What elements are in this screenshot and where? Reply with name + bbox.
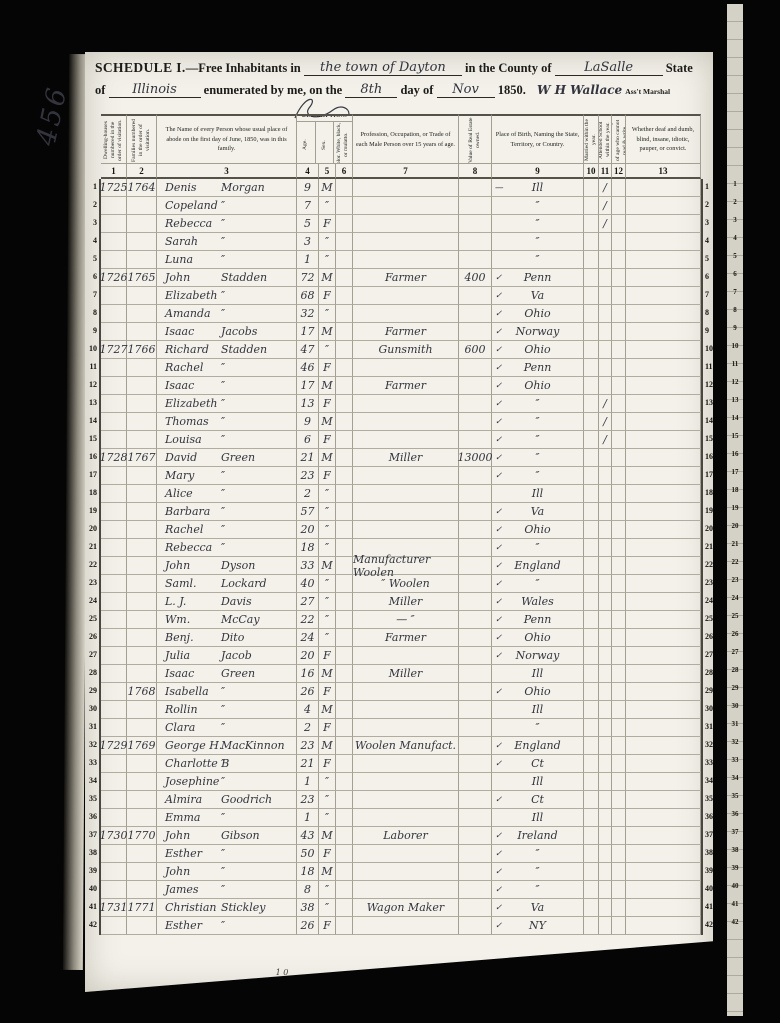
given-name: Thomas xyxy=(165,415,209,428)
col-header-married-label: Married within the year. xyxy=(584,117,598,163)
sex-cell: M xyxy=(319,449,336,467)
given-name: Almira xyxy=(165,793,202,806)
remarks-cell xyxy=(626,773,701,791)
given-name: Rebecca xyxy=(165,541,212,554)
row-number: 24 xyxy=(701,593,712,611)
married-mark-cell xyxy=(584,503,599,521)
occupation-cell xyxy=(353,305,459,323)
married-mark-cell xyxy=(584,611,599,629)
remarks-cell xyxy=(626,647,701,665)
school-mark-cell: / xyxy=(599,395,612,413)
birthplace-text: Ohio xyxy=(524,307,550,320)
tally-check-mark: ✓ xyxy=(495,363,502,373)
sex-cell: M xyxy=(319,737,336,755)
edge-row-number: 15 xyxy=(727,432,743,440)
dwelling-number-cell: 1727 xyxy=(101,341,127,359)
color-cell xyxy=(336,503,353,521)
married-mark-cell xyxy=(584,917,599,935)
age-cell: 16 xyxy=(297,665,319,683)
color-cell xyxy=(336,521,353,539)
dwelling-number-cell xyxy=(101,719,127,737)
surname: ″ xyxy=(221,847,225,860)
given-name: Emma xyxy=(165,811,200,824)
age-cell: 26 xyxy=(297,683,319,701)
row-number: 14 xyxy=(87,413,101,431)
occupation-cell xyxy=(353,413,459,431)
literacy-mark-cell xyxy=(612,287,626,305)
col-index: 10 xyxy=(584,164,599,179)
family-number-cell: 1771 xyxy=(127,899,157,917)
occupation-cell: Farmer xyxy=(353,323,459,341)
married-mark-cell xyxy=(584,287,599,305)
col-index: 13 xyxy=(626,164,701,179)
surname: ″ xyxy=(221,253,225,266)
birthplace-cell: ″ xyxy=(492,719,584,737)
given-name: Josephine xyxy=(165,775,219,788)
real-estate-value-cell xyxy=(459,665,492,683)
row-number: 17 xyxy=(701,467,712,485)
row-number: 2 xyxy=(87,197,101,215)
col-header-age-label: Age. xyxy=(302,122,309,164)
sex-cell: F xyxy=(319,647,336,665)
family-number-cell xyxy=(127,647,157,665)
birthplace-cell: ✓″ xyxy=(492,467,584,485)
dwelling-number-cell: 1725 xyxy=(101,179,127,197)
name-cell: Esther″ xyxy=(157,845,297,863)
occupation-cell xyxy=(353,287,459,305)
age-cell: 33 xyxy=(297,557,319,575)
dwelling-number-cell xyxy=(101,305,127,323)
row-number: 24 xyxy=(87,593,101,611)
occupation-cell xyxy=(353,647,459,665)
edge-row-number: 4 xyxy=(727,234,743,242)
row-number: 2 xyxy=(701,197,712,215)
name-cell: Mary″ xyxy=(157,467,297,485)
edge-row-number: 18 xyxy=(727,486,743,494)
birthplace-text: ″ xyxy=(535,451,539,464)
surname: ″ xyxy=(221,721,225,734)
dwelling-number-cell xyxy=(101,611,127,629)
edge-row-number: 19 xyxy=(727,504,743,512)
married-mark-cell xyxy=(584,179,599,197)
literacy-mark-cell xyxy=(612,341,626,359)
occupation-cell: Miller xyxy=(353,593,459,611)
surname: ″ xyxy=(221,217,225,230)
married-mark-cell xyxy=(584,773,599,791)
school-mark-cell xyxy=(599,845,612,863)
sex-cell: M xyxy=(319,269,336,287)
surname: ″ xyxy=(221,397,225,410)
color-cell xyxy=(336,593,353,611)
school-mark-cell xyxy=(599,269,612,287)
literacy-mark-cell xyxy=(612,647,626,665)
row-number: 32 xyxy=(701,737,712,755)
school-mark-cell xyxy=(599,467,612,485)
sex-cell: F xyxy=(319,845,336,863)
real-estate-value-cell xyxy=(459,413,492,431)
name-cell: JohnGibson xyxy=(157,827,297,845)
row-number: 36 xyxy=(87,809,101,827)
age-cell: 9 xyxy=(297,179,319,197)
edge-row-number: 13 xyxy=(727,396,743,404)
occupation-cell: Manufacturer Woolen xyxy=(353,557,459,575)
real-estate-value-cell xyxy=(459,575,492,593)
col-header-literacy-label: Persons over 20 y'rs of age who cannot r… xyxy=(612,117,626,163)
literacy-mark-cell xyxy=(612,611,626,629)
school-mark-cell xyxy=(599,773,612,791)
census-table: Dwelling-houses numbered in the order of… xyxy=(87,114,713,935)
birthplace-text: Penn xyxy=(524,361,552,374)
literacy-mark-cell xyxy=(612,449,626,467)
given-name: Copeland xyxy=(165,199,218,212)
edge-row-number: 38 xyxy=(727,846,743,854)
school-mark-cell xyxy=(599,755,612,773)
school-mark-cell xyxy=(599,647,612,665)
school-mark-cell xyxy=(599,593,612,611)
col-header-occupation: Profession, Occupation, or Trade of each… xyxy=(353,114,459,164)
sex-cell: ″ xyxy=(319,521,336,539)
remarks-cell xyxy=(626,323,701,341)
pencil-fraction: 1 0 2 9 xyxy=(273,968,291,987)
color-cell xyxy=(336,323,353,341)
col-header-sex-label: Sex. xyxy=(321,122,328,164)
real-estate-value-cell xyxy=(459,179,492,197)
married-mark-cell xyxy=(584,341,599,359)
birthplace-cell: ✓″ xyxy=(492,575,584,593)
row-number: 17 xyxy=(87,467,101,485)
description-title: DESCRIPTION. xyxy=(297,114,352,122)
married-mark-cell xyxy=(584,521,599,539)
married-mark-cell xyxy=(584,647,599,665)
row-number: 9 xyxy=(87,323,101,341)
heading-line-2: of Illinois enumerated by me, on the 8th… xyxy=(95,82,705,98)
birthplace-text: England xyxy=(514,739,560,752)
dwelling-number-cell xyxy=(101,593,127,611)
row-number: 5 xyxy=(87,251,101,269)
age-cell: 17 xyxy=(297,323,319,341)
pencil-mark-stroke: / xyxy=(766,955,775,974)
birthplace-text: ″ xyxy=(535,397,539,410)
school-mark-cell xyxy=(599,737,612,755)
surname: Dito xyxy=(221,631,244,644)
tally-check-mark: ✓ xyxy=(495,453,502,463)
given-name: Elizabeth xyxy=(165,289,217,302)
row-number: 13 xyxy=(701,395,712,413)
row-number: 4 xyxy=(701,233,712,251)
birthplace-text: Ill xyxy=(532,667,543,680)
real-estate-value-cell xyxy=(459,611,492,629)
age-cell: 18 xyxy=(297,539,319,557)
tally-check-mark: ✓ xyxy=(495,273,502,283)
birthplace-cell: ✓Ohio xyxy=(492,341,584,359)
name-cell: Rebecca″ xyxy=(157,539,297,557)
real-estate-value-cell xyxy=(459,485,492,503)
literacy-mark-cell xyxy=(612,503,626,521)
year-text: 1850. xyxy=(498,83,526,97)
occupation-cell xyxy=(353,719,459,737)
remarks-cell xyxy=(626,593,701,611)
surname: ″ xyxy=(221,307,225,320)
dwelling-number-cell xyxy=(101,215,127,233)
married-mark-cell xyxy=(584,683,599,701)
dwelling-number-cell xyxy=(101,485,127,503)
real-estate-value-cell xyxy=(459,521,492,539)
row-number: 39 xyxy=(87,863,101,881)
name-cell: Clara″ xyxy=(157,719,297,737)
birthplace-text: ″ xyxy=(535,469,539,482)
edge-row-number: 11 xyxy=(727,360,743,368)
birthplace-text: Ill xyxy=(532,703,543,716)
remarks-cell xyxy=(626,503,701,521)
occupation-cell: Gunsmith xyxy=(353,341,459,359)
color-cell xyxy=(336,305,353,323)
real-estate-value-cell xyxy=(459,647,492,665)
age-cell: 1 xyxy=(297,773,319,791)
color-cell xyxy=(336,791,353,809)
birthplace-cell: ✓″ xyxy=(492,449,584,467)
age-cell: 7 xyxy=(297,197,319,215)
heading-text: —Free Inhabitants in xyxy=(186,61,301,75)
sex-cell: M xyxy=(319,863,336,881)
literacy-mark-cell xyxy=(612,377,626,395)
literacy-mark-cell xyxy=(612,467,626,485)
age-cell: 24 xyxy=(297,629,319,647)
dwelling-number-cell xyxy=(101,377,127,395)
dwelling-number-cell xyxy=(101,791,127,809)
row-number: 26 xyxy=(87,629,101,647)
married-mark-cell xyxy=(584,251,599,269)
color-cell xyxy=(336,899,353,917)
family-number-cell xyxy=(127,305,157,323)
color-cell xyxy=(336,629,353,647)
birthplace-text: Ohio xyxy=(524,379,550,392)
family-number-cell xyxy=(127,431,157,449)
real-estate-value-cell xyxy=(459,773,492,791)
given-name: Sarah xyxy=(165,235,198,248)
remarks-cell xyxy=(626,737,701,755)
name-cell: Luna″ xyxy=(157,251,297,269)
row-number: 20 xyxy=(87,521,101,539)
birthplace-cell: ✓Ct xyxy=(492,791,584,809)
sex-cell: F xyxy=(319,215,336,233)
surname: ″ xyxy=(221,865,225,878)
tally-check-mark: ✓ xyxy=(495,903,502,913)
school-mark-cell: / xyxy=(599,431,612,449)
col-header-name: The Name of every Person whose usual pla… xyxy=(157,114,297,164)
occupation-cell: Farmer xyxy=(353,377,459,395)
color-cell xyxy=(336,539,353,557)
birthplace-cell: —Ill xyxy=(492,179,584,197)
family-number-cell xyxy=(127,395,157,413)
married-mark-cell xyxy=(584,269,599,287)
row-number: 21 xyxy=(701,539,712,557)
pencil-mark-x: x xyxy=(253,977,259,990)
name-cell: IsaacGreen xyxy=(157,665,297,683)
remarks-cell xyxy=(626,269,701,287)
col-header-value: Value of Real Estate owned. xyxy=(459,114,492,164)
given-name: John xyxy=(165,559,190,572)
birthplace-text: ″ xyxy=(535,217,539,230)
school-mark-cell xyxy=(599,539,612,557)
surname: McCay xyxy=(221,613,260,626)
family-number-cell xyxy=(127,467,157,485)
birthplace-text: ″ xyxy=(535,199,539,212)
literacy-mark-cell xyxy=(612,179,626,197)
tally-check-mark: ✓ xyxy=(495,543,502,553)
given-name: Clara xyxy=(165,721,195,734)
literacy-mark-cell xyxy=(612,215,626,233)
given-name: Amanda xyxy=(165,307,211,320)
given-name: Esther xyxy=(165,847,202,860)
color-cell xyxy=(336,359,353,377)
married-mark-cell xyxy=(584,539,599,557)
surname: ″ xyxy=(221,235,225,248)
birthplace-text: ″ xyxy=(535,541,539,554)
school-mark-cell xyxy=(599,557,612,575)
row-number: 31 xyxy=(87,719,101,737)
tally-check-mark: ✓ xyxy=(495,849,502,859)
family-number-cell: 1768 xyxy=(127,683,157,701)
age-cell: 13 xyxy=(297,395,319,413)
occupation-cell xyxy=(353,197,459,215)
birthplace-text: ″ xyxy=(535,253,539,266)
row-number: 12 xyxy=(701,377,712,395)
sex-cell: F xyxy=(319,719,336,737)
edge-row-number: 27 xyxy=(727,648,743,656)
given-name: Rachel xyxy=(165,523,203,536)
married-mark-cell xyxy=(584,737,599,755)
birthplace-text: Ill xyxy=(532,775,543,788)
edge-row-number: 23 xyxy=(727,576,743,584)
age-cell: 57 xyxy=(297,503,319,521)
given-name: James xyxy=(165,883,199,896)
birthplace-text: Penn xyxy=(524,613,552,626)
edge-row-number: 16 xyxy=(727,450,743,458)
family-number-cell xyxy=(127,377,157,395)
name-cell: JohnDyson xyxy=(157,557,297,575)
row-number: 23 xyxy=(87,575,101,593)
real-estate-value-cell xyxy=(459,791,492,809)
birthplace-cell: ✓Penn xyxy=(492,359,584,377)
dwelling-number-cell xyxy=(101,755,127,773)
surname: Goodrich xyxy=(221,793,272,806)
given-name: John xyxy=(165,829,190,842)
dwelling-number-cell xyxy=(101,665,127,683)
birthplace-text: Ohio xyxy=(524,685,550,698)
edge-row-number: 36 xyxy=(727,810,743,818)
remarks-cell xyxy=(626,377,701,395)
surname: Green xyxy=(221,667,255,680)
married-mark-cell xyxy=(584,755,599,773)
name-cell: George H.MacKinnon xyxy=(157,737,297,755)
row-number: 15 xyxy=(87,431,101,449)
literacy-mark-cell xyxy=(612,629,626,647)
school-mark-cell xyxy=(599,611,612,629)
birthplace-cell: ✓Ohio xyxy=(492,305,584,323)
surname: ″ xyxy=(221,415,225,428)
row-number: 9 xyxy=(701,323,712,341)
given-name: John xyxy=(165,865,190,878)
occupation-cell: Laborer xyxy=(353,827,459,845)
family-number-cell xyxy=(127,503,157,521)
school-mark-cell xyxy=(599,809,612,827)
name-cell: AlmiraGoodrich xyxy=(157,791,297,809)
age-cell: 38 xyxy=(297,899,319,917)
name-cell: ChristianStickley xyxy=(157,899,297,917)
sex-cell: ″ xyxy=(319,593,336,611)
occupation-cell xyxy=(353,809,459,827)
surname: ″ xyxy=(221,757,225,770)
birthplace-cell: ✓NY xyxy=(492,917,584,935)
county-blank: LaSalle xyxy=(555,60,663,76)
sex-cell: ″ xyxy=(319,251,336,269)
edge-row-number: 37 xyxy=(727,828,743,836)
row-number: 22 xyxy=(701,557,712,575)
remarks-cell xyxy=(626,449,701,467)
col-header-literacy: Persons over 20 y'rs of age who cannot r… xyxy=(612,114,626,164)
dwelling-number-cell xyxy=(101,323,127,341)
tally-check-mark: ✓ xyxy=(495,831,502,841)
real-estate-value-cell xyxy=(459,899,492,917)
family-number-cell xyxy=(127,413,157,431)
literacy-mark-cell xyxy=(612,809,626,827)
age-cell: 21 xyxy=(297,755,319,773)
remarks-cell xyxy=(626,701,701,719)
birthplace-cell: ✓Ireland xyxy=(492,827,584,845)
heading-text: in the County of xyxy=(465,61,551,75)
occupation-cell xyxy=(353,215,459,233)
color-cell xyxy=(336,701,353,719)
month-blank: Nov xyxy=(437,82,495,98)
occupation-cell xyxy=(353,467,459,485)
color-cell xyxy=(336,287,353,305)
family-number-cell xyxy=(127,701,157,719)
description-subcolumns: Age.Sex.Color. White, black, or mulatto. xyxy=(297,122,352,164)
row-number: 30 xyxy=(701,701,712,719)
name-cell: Amanda″ xyxy=(157,305,297,323)
row-number: 16 xyxy=(701,449,712,467)
remarks-cell xyxy=(626,395,701,413)
edge-row-number: 22 xyxy=(727,558,743,566)
literacy-mark-cell xyxy=(612,539,626,557)
row-number: 27 xyxy=(701,647,712,665)
real-estate-value-cell xyxy=(459,593,492,611)
birthplace-cell: ✓England xyxy=(492,737,584,755)
heading-text: of xyxy=(95,83,105,97)
edge-row-number: 25 xyxy=(727,612,743,620)
name-cell: L. J.Davis xyxy=(157,593,297,611)
school-mark-cell xyxy=(599,341,612,359)
sex-cell: M xyxy=(319,827,336,845)
school-mark-cell xyxy=(599,287,612,305)
marshal-title: Ass't Marshal xyxy=(625,87,670,96)
surname: ″ xyxy=(221,289,225,302)
real-estate-value-cell xyxy=(459,557,492,575)
scanned-census-photostat: { "colors":{"page_bg":"#f3f1ea","grid_li… xyxy=(0,0,780,1023)
dwelling-number-cell xyxy=(101,917,127,935)
birthplace-text: ″ xyxy=(535,433,539,446)
married-mark-cell xyxy=(584,899,599,917)
family-number-cell xyxy=(127,755,157,773)
tally-check-mark: ✓ xyxy=(495,633,502,643)
remarks-cell xyxy=(626,845,701,863)
col-index: 9 xyxy=(492,164,584,179)
birthplace-text: ″ xyxy=(535,865,539,878)
dwelling-number-cell: 1730 xyxy=(101,827,127,845)
age-cell: 4 xyxy=(297,701,319,719)
birthplace-cell: ✓Ohio xyxy=(492,683,584,701)
birthplace-cell: ✓Va xyxy=(492,503,584,521)
